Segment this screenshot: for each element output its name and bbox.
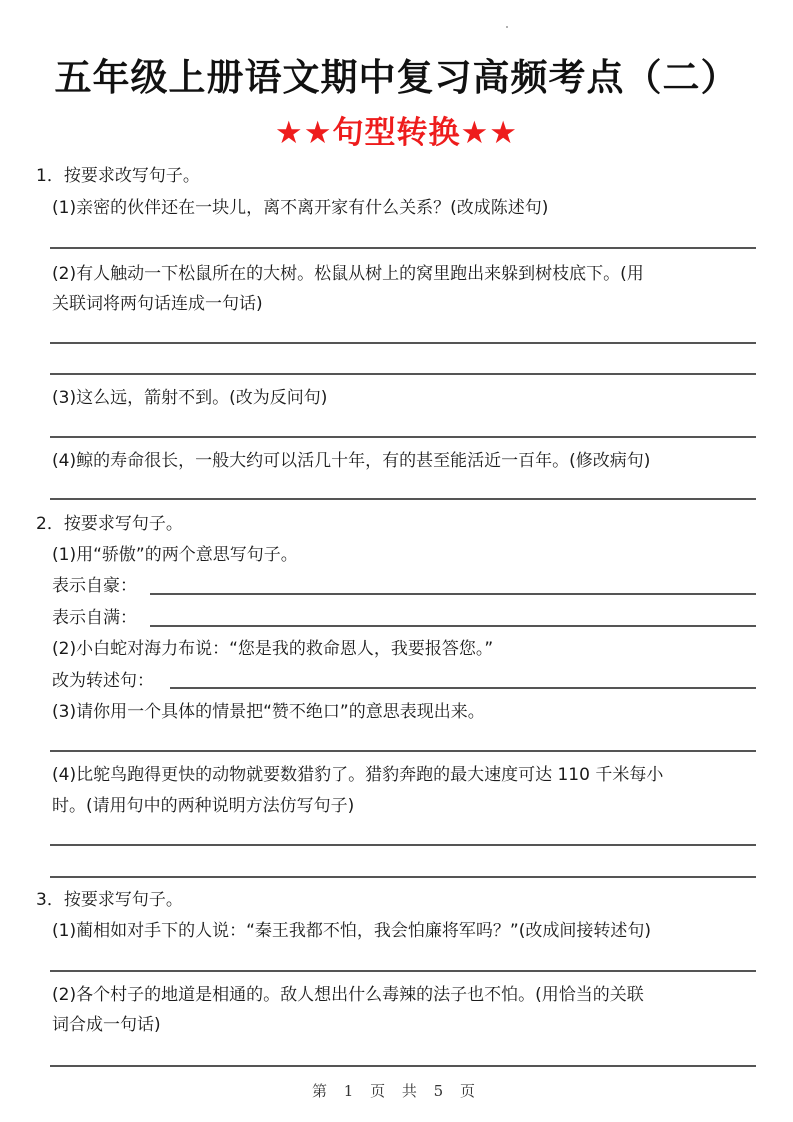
- question-1-3: (3)这么远，箭射不到。(改为反问句): [52, 386, 327, 410]
- question-2-4-line1: (4)比鸵鸟跑得更快的动物就要数猎豹了。猎豹奔跑的最大速度可达 110 千米每小: [52, 763, 663, 787]
- answer-line-1-4[interactable]: [50, 498, 756, 500]
- answer-line-1-1[interactable]: [50, 247, 756, 249]
- answer-line-1-2a[interactable]: [50, 342, 756, 344]
- answer-line-2-4a[interactable]: [50, 844, 756, 846]
- section-3-heading: 3．按要求写句子。: [36, 888, 183, 912]
- question-1-2-line2: 关联词将两句话连成一句话): [52, 292, 263, 316]
- section-2-heading: 2．按要求写句子。: [36, 512, 183, 536]
- field-label-indirect: 改为转述句：: [52, 669, 154, 693]
- question-1-2-line1: (2)有人触动一下松鼠所在的大树。松鼠从树上的窝里跑出来躲到树枝底下。(用: [52, 262, 644, 286]
- answer-line-2-3[interactable]: [50, 750, 756, 752]
- section-1-heading: 1．按要求改写句子。: [36, 164, 200, 188]
- question-3-2-line1: (2)各个村子的地道是相通的。敌人想出什么毒辣的法子也不怕。(用恰当的关联: [52, 983, 644, 1007]
- field-label-complacent: 表示自满：: [52, 606, 137, 630]
- scan-speck: [506, 26, 508, 28]
- answer-line-1-3[interactable]: [50, 436, 756, 438]
- question-2-4-line2: 时。(请用句中的两种说明方法仿写句子): [52, 794, 354, 818]
- question-3-2-line2: 词合成一句话): [52, 1013, 161, 1037]
- page-title: 五年级上册语文期中复习高频考点（二）: [0, 56, 793, 100]
- question-1-1: (1)亲密的伙伴还在一块儿，离不离开家有什么关系？(改成陈述句): [52, 196, 548, 220]
- question-1-4: (4)鲸的寿命很长，一般大约可以活几十年，有的甚至能活近一百年。(修改病句): [52, 449, 650, 473]
- answer-line-3-1[interactable]: [50, 970, 756, 972]
- question-3-1: (1)蔺相如对手下的人说：“秦王我都不怕，我会怕廉将军吗？”(改成间接转述句): [52, 919, 651, 943]
- answer-line-proud[interactable]: [150, 593, 756, 595]
- question-2-3: (3)请你用一个具体的情景把“赞不绝口”的意思表现出来。: [52, 700, 485, 724]
- answer-line-3-2[interactable]: [50, 1065, 756, 1067]
- answer-line-indirect[interactable]: [170, 687, 756, 689]
- field-label-proud: 表示自豪：: [52, 574, 137, 598]
- answer-line-2-4b[interactable]: [50, 876, 756, 878]
- page-number: 第 1 页 共 5 页: [0, 1080, 793, 1101]
- question-2-1: (1)用“骄傲”的两个意思写句子。: [52, 543, 298, 567]
- answer-line-complacent[interactable]: [150, 625, 756, 627]
- question-2-2: (2)小白蛇对海力布说：“您是我的救命恩人，我要报答您。”: [52, 637, 493, 661]
- answer-line-1-2b[interactable]: [50, 373, 756, 375]
- section-subtitle: ★★句型转换★★: [0, 112, 793, 154]
